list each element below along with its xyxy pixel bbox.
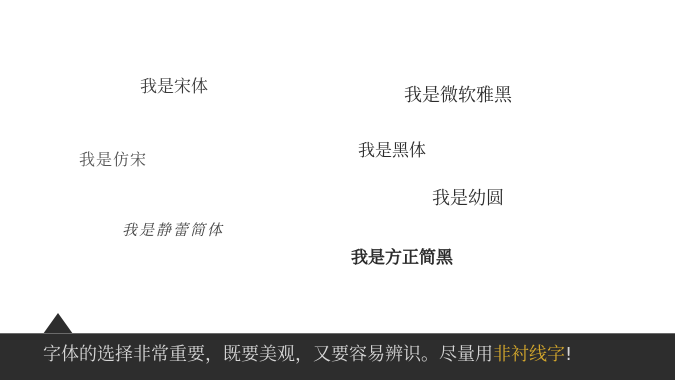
caption-highlight: 非衬线字 <box>493 344 565 365</box>
caption-main: 字体的选择非常重要，既要美观，又要容易辨识。尽量用 <box>43 344 493 365</box>
font-sample-songti: 我是宋体 <box>140 79 208 96</box>
caption-end: ! <box>565 344 572 365</box>
caption-text: 字体的选择非常重要，既要美观，又要容易辨识。尽量用非衬线字! <box>43 346 572 364</box>
font-sample-youyuan: 我是幼圆 <box>432 190 504 208</box>
font-sample-fangsong: 我是仿宋 <box>79 152 147 168</box>
font-sample-heiti: 我是黑体 <box>358 143 426 160</box>
font-sample-jinglei: 我是静蕾简体 <box>122 223 224 238</box>
font-sample-fangzheng-jianhei: 我是方正简黑 <box>351 250 453 267</box>
font-sample-yahei: 我是微软雅黑 <box>404 87 512 105</box>
callout-pointer-icon <box>43 313 73 334</box>
